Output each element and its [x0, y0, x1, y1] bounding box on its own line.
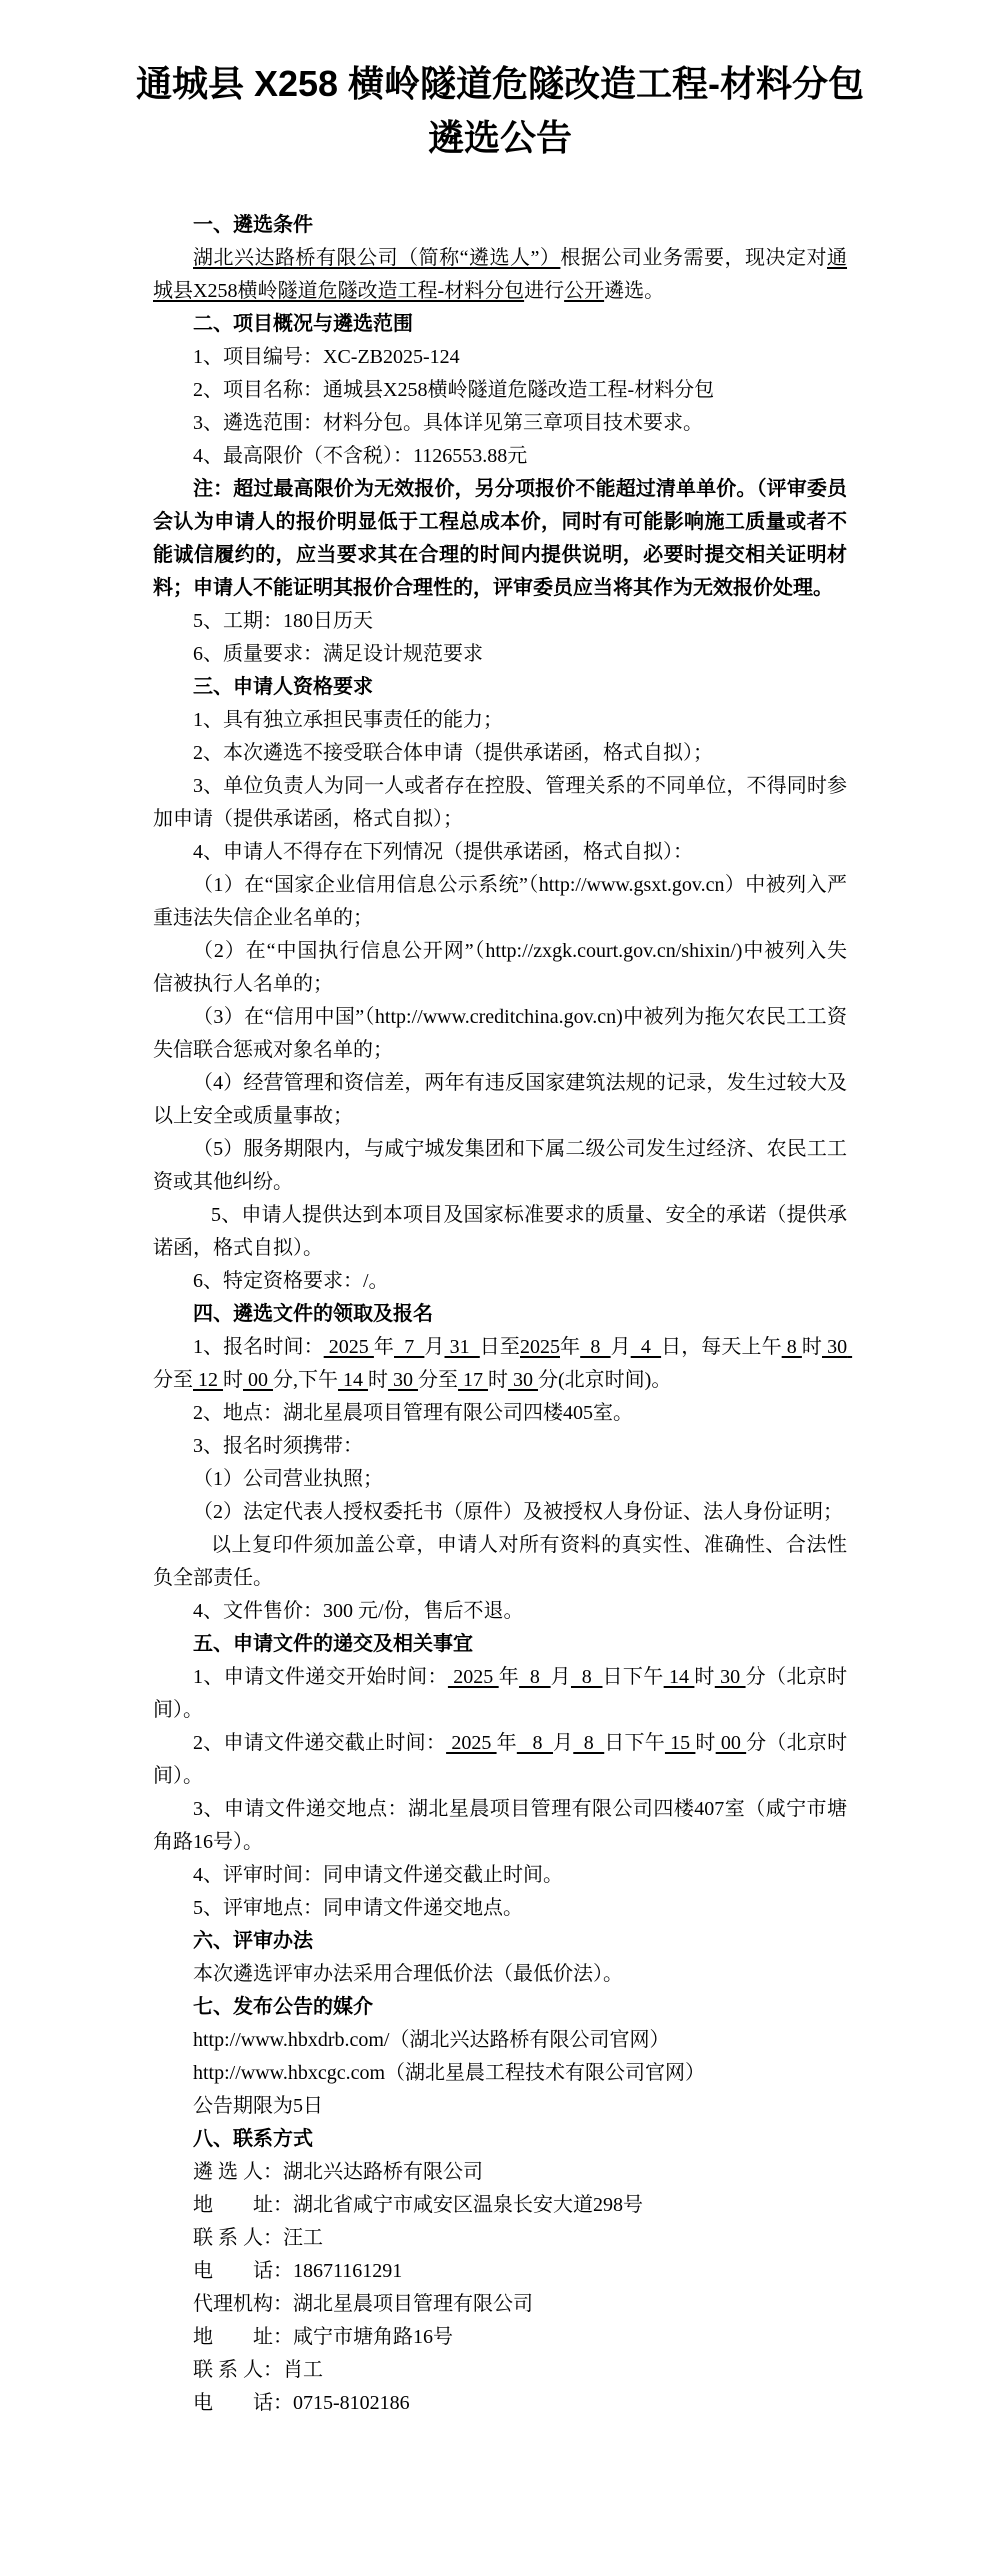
paragraph: 1、报名时间： 2025 年 7 月 31 日至2025年 8 月 4 日，每天…	[153, 1331, 847, 1397]
paragraph: 1、申请文件递交开始时间： 2025 年 8 月 8 日下午 14 时 30 分…	[153, 1661, 847, 1727]
text-run: 5、申请人提供达到本项目及国家标准要求的质量、安全的承诺（提供承诺函，格式自拟）…	[153, 1204, 847, 1259]
paragraph: 3、遴选范围：材料分包。具体详见第三章项目技术要求。	[153, 407, 847, 440]
section-heading: 四、遴选文件的领取及报名	[153, 1298, 847, 1331]
text-run: 分至	[153, 1369, 193, 1391]
paragraph: 以上复印件须加盖公章，申请人对所有资料的真实性、准确性、合法性负全部责任。	[153, 1529, 847, 1595]
text-run: 2、本次遴选不接受联合体申请（提供承诺函，格式自拟）；	[193, 742, 713, 764]
text-run: 5、评审地点：同申请文件递交地点。	[193, 1897, 523, 1919]
text-run: 3、申请文件递交地点：湖北星晨项目管理有限公司四楼407室（咸宁市塘角路16号）…	[153, 1798, 847, 1853]
text-run: 月	[551, 1666, 571, 1688]
paragraph: （1）在“国家企业信用信息公示系统”（http://www.gsxt.gov.c…	[153, 869, 847, 935]
paragraph: 公告期限为5日	[153, 2090, 847, 2123]
text-run: 月	[424, 1336, 444, 1358]
text-run: 年	[374, 1336, 394, 1358]
text-run: 注：超过最高限价为无效报价，另分项报价不能超过清单单价。（评审委员会认为申请人的…	[153, 478, 847, 599]
text-run: 2、地点：湖北星晨项目管理有限公司四楼405室。	[193, 1402, 633, 1424]
paragraph: 本次遴选评审办法采用合理低价法（最低价法）。	[153, 1958, 847, 1991]
paragraph: 电 话：18671161291	[153, 2255, 847, 2288]
text-run: 根据公司业务需要，现决定对	[560, 247, 827, 269]
text-run: 年	[497, 1732, 517, 1754]
text-run: 1、申请文件递交开始时间：	[193, 1666, 448, 1688]
paragraph: 湖北兴达路桥有限公司（简称“遴选人”）根据公司业务需要，现决定对通城县X258横…	[153, 242, 847, 308]
text-run: 3、报名时须携带：	[193, 1435, 363, 1457]
text-run: 电 话：0715-8102186	[193, 2392, 410, 2414]
paragraph: 地 址：咸宁市塘角路16号	[153, 2321, 847, 2354]
announcement-document: 通城县 X258 横岭隧道危隧改造工程-材料分包遴选公告 一、遴选条件湖北兴达路…	[0, 0, 1000, 2569]
paragraph: （2）法定代表人授权委托书（原件）及被授权人身份证、法人身份证明；	[153, 1496, 847, 1529]
text-run: 日，每天上午	[661, 1336, 782, 1358]
text-run: 5、工期：180日历天	[193, 610, 373, 632]
text-run: http://www.hbxcgc.com（湖北星晨工程技术有限公司官网）	[193, 2062, 705, 2084]
text-run: （3）在“信用中国”（http://www.creditchina.gov.cn…	[153, 1006, 847, 1061]
underlined-text-run: 17	[458, 1369, 488, 1391]
text-run: 1、具有独立承担民事责任的能力；	[193, 709, 503, 731]
paragraph: 代理机构：湖北星晨项目管理有限公司	[153, 2288, 847, 2321]
paragraph: 6、质量要求：满足设计规范要求	[153, 638, 847, 671]
text-run: 一、遴选条件	[193, 214, 313, 236]
underlined-text-run: 30	[822, 1336, 852, 1358]
underlined-text-run: 15	[665, 1732, 695, 1754]
text-run: 时	[695, 1732, 715, 1754]
paragraph: （5）服务期限内，与咸宁城发集团和下属二级公司发生过经济、农民工工资或其他纠纷。	[153, 1133, 847, 1199]
text-run: （2）在“中国执行信息公开网”（http://zxgk.court.gov.cn…	[153, 940, 847, 995]
paragraph: 1、项目编号：XC-ZB2025-124	[153, 341, 847, 374]
text-run: 代理机构：湖北星晨项目管理有限公司	[193, 2293, 533, 2315]
text-run: 分(北京时间)。	[538, 1369, 671, 1391]
text-run: 六、评审办法	[193, 1930, 313, 1952]
text-run: 八、联系方式	[193, 2128, 313, 2150]
section-heading: 一、遴选条件	[153, 209, 847, 242]
section-heading: 五、申请文件的递交及相关事宜	[153, 1628, 847, 1661]
text-run: 分至	[418, 1369, 458, 1391]
paragraph: 电 话：0715-8102186	[153, 2387, 847, 2420]
paragraph: 1、具有独立承担民事责任的能力；	[153, 704, 847, 737]
underlined-text-run: 14	[664, 1666, 695, 1688]
text-run: （1）在“国家企业信用信息公示系统”（http://www.gsxt.gov.c…	[153, 874, 847, 929]
underlined-text-run: 2025	[520, 1336, 560, 1358]
text-run: 4、最高限价（不含税）：1126553.88元	[193, 445, 527, 467]
section-heading: 八、联系方式	[153, 2123, 847, 2156]
text-run: http://www.hbxdrb.com/（湖北兴达路桥有限公司官网）	[193, 2029, 669, 2051]
underlined-text-run: 30	[508, 1369, 538, 1391]
paragraph: 2、本次遴选不接受联合体申请（提供承诺函，格式自拟）；	[153, 737, 847, 770]
text-run: 以上复印件须加盖公章，申请人对所有资料的真实性、准确性、合法性负全部责任。	[153, 1534, 847, 1589]
text-run: 遴选。	[604, 280, 664, 302]
text-run: 3、遴选范围：材料分包。具体详见第三章项目技术要求。	[193, 412, 703, 434]
paragraph: （1）公司营业执照；	[153, 1463, 847, 1496]
text-run: 五、申请文件的递交及相关事宜	[193, 1633, 473, 1655]
underlined-text-run: 31	[445, 1336, 480, 1358]
text-run: 七、发布公告的媒介	[193, 1996, 373, 2018]
underlined-text-run: 2025	[446, 1732, 496, 1754]
underlined-text-run: 00	[716, 1732, 746, 1754]
section-heading: 六、评审办法	[153, 1925, 847, 1958]
text-run: 时	[368, 1369, 388, 1391]
paragraph: 5、申请人提供达到本项目及国家标准要求的质量、安全的承诺（提供承诺函，格式自拟）…	[153, 1199, 847, 1265]
paragraph: 4、文件售价：300 元/份，售后不退。	[153, 1595, 847, 1628]
text-run: 时	[223, 1369, 243, 1391]
text-run: 进行	[524, 280, 564, 302]
text-run: 4、文件售价：300 元/份，售后不退。	[193, 1600, 524, 1622]
text-run: 三、申请人资格要求	[193, 676, 373, 698]
paragraph: 联 系 人：肖工	[153, 2354, 847, 2387]
text-run: 遴 选 人：湖北兴达路桥有限公司	[193, 2161, 483, 2183]
underlined-text-run: 12	[193, 1369, 223, 1391]
text-run: 分,下午	[273, 1369, 338, 1391]
text-run: 月	[611, 1336, 631, 1358]
paragraph: 4、最高限价（不含税）：1126553.88元	[153, 440, 847, 473]
paragraph: （2）在“中国执行信息公开网”（http://zxgk.court.gov.cn…	[153, 935, 847, 1001]
paragraph: http://www.hbxdrb.com/（湖北兴达路桥有限公司官网）	[153, 2024, 847, 2057]
text-run: 地 址：湖北省咸宁市咸安区温泉长安大道298号	[193, 2194, 643, 2216]
paragraph: 3、单位负责人为同一人或者存在控股、管理关系的不同单位，不得同时参加申请（提供承…	[153, 770, 847, 836]
section-heading: 三、申请人资格要求	[153, 671, 847, 704]
underlined-text-run: 2025	[448, 1666, 499, 1688]
paragraph: （3）在“信用中国”（http://www.creditchina.gov.cn…	[153, 1001, 847, 1067]
document-body: 一、遴选条件湖北兴达路桥有限公司（简称“遴选人”）根据公司业务需要，现决定对通城…	[153, 209, 847, 2420]
text-run: 3、单位负责人为同一人或者存在控股、管理关系的不同单位，不得同时参加申请（提供承…	[153, 775, 847, 830]
text-run: 日至	[480, 1336, 520, 1358]
paragraph: 2、申请文件递交截止时间： 2025 年 8 月 8 日下午 15 时 00 分…	[153, 1727, 847, 1793]
underlined-text-run: 湖北兴达路桥有限公司（简称“遴选人”）	[193, 247, 560, 269]
text-run: 6、特定资格要求：/。	[193, 1270, 389, 1292]
underlined-text-run: 30	[715, 1666, 746, 1688]
text-run: 日下午	[604, 1732, 665, 1754]
text-run: （1）公司营业执照；	[193, 1468, 383, 1490]
text-run: 1、项目编号：XC-ZB2025-124	[193, 346, 460, 368]
paragraph: 联 系 人：汪工	[153, 2222, 847, 2255]
text-run: 电 话：18671161291	[193, 2260, 402, 2282]
paragraph: 5、评审地点：同申请文件递交地点。	[153, 1892, 847, 1925]
text-run: 时	[694, 1666, 714, 1688]
section-heading: 七、发布公告的媒介	[153, 1991, 847, 2024]
underlined-text-run: 00	[243, 1369, 273, 1391]
underlined-text-run: 7	[394, 1336, 424, 1358]
underlined-text-run: 8	[571, 1666, 603, 1688]
paragraph: 6、特定资格要求：/。	[153, 1265, 847, 1298]
section-heading: 二、项目概况与遴选范围	[153, 308, 847, 341]
paragraph: 5、工期：180日历天	[153, 605, 847, 638]
text-run: 月	[553, 1732, 573, 1754]
text-run: 2、申请文件递交截止时间：	[193, 1732, 446, 1754]
text-run: （2）法定代表人授权委托书（原件）及被授权人身份证、法人身份证明；	[193, 1501, 843, 1523]
text-run: 1、报名时间：	[193, 1336, 324, 1358]
underlined-text-run: 2025	[324, 1336, 374, 1358]
underlined-text-run: 8	[573, 1732, 604, 1754]
paragraph: http://www.hbxcgc.com（湖北星晨工程技术有限公司官网）	[153, 2057, 847, 2090]
underlined-text-run: 公开	[564, 280, 604, 302]
underlined-text-run: 8	[580, 1336, 610, 1358]
text-run: 时	[488, 1369, 508, 1391]
paragraph: 2、地点：湖北星晨项目管理有限公司四楼405室。	[153, 1397, 847, 1430]
text-run: 日下午	[603, 1666, 664, 1688]
underlined-text-run: 30	[388, 1369, 418, 1391]
text-run: 时	[802, 1336, 822, 1358]
paragraph: 2、项目名称：通城县X258横岭隧道危隧改造工程-材料分包	[153, 374, 847, 407]
underlined-text-run: 14	[338, 1369, 368, 1391]
text-run: 公告期限为5日	[193, 2095, 323, 2117]
text-run: （4）经营管理和资信差，两年有违反国家建筑法规的记录，发生过较大及以上安全或质量…	[153, 1072, 847, 1127]
paragraph: （4）经营管理和资信差，两年有违反国家建筑法规的记录，发生过较大及以上安全或质量…	[153, 1067, 847, 1133]
underlined-text-run: 8	[782, 1336, 802, 1358]
underlined-text-run: 8	[517, 1732, 553, 1754]
text-run: 6、质量要求：满足设计规范要求	[193, 643, 483, 665]
text-run: （5）服务期限内，与咸宁城发集团和下属二级公司发生过经济、农民工工资或其他纠纷。	[153, 1138, 847, 1193]
paragraph: 注：超过最高限价为无效报价，另分项报价不能超过清单单价。（评审委员会认为申请人的…	[153, 473, 847, 605]
text-run: 本次遴选评审办法采用合理低价法（最低价法）。	[193, 1963, 623, 1985]
underlined-text-run: 4	[631, 1336, 661, 1358]
text-run: 年	[560, 1336, 580, 1358]
text-run: 联 系 人：汪工	[193, 2227, 323, 2249]
paragraph: 4、评审时间：同申请文件递交截止时间。	[153, 1859, 847, 1892]
text-run: 地 址：咸宁市塘角路16号	[193, 2326, 453, 2348]
document-title: 通城县 X258 横岭隧道危隧改造工程-材料分包遴选公告	[131, 57, 869, 165]
text-run: 二、项目概况与遴选范围	[193, 313, 413, 335]
text-run: 联 系 人：肖工	[193, 2359, 323, 2381]
paragraph: 3、申请文件递交地点：湖北星晨项目管理有限公司四楼407室（咸宁市塘角路16号）…	[153, 1793, 847, 1859]
text-run: 2、项目名称：通城县X258横岭隧道危隧改造工程-材料分包	[193, 379, 714, 401]
text-run: 4、评审时间：同申请文件递交截止时间。	[193, 1864, 563, 1886]
text-run: 4、申请人不得存在下列情况（提供承诺函，格式自拟）：	[193, 841, 693, 863]
text-run: 四、遴选文件的领取及报名	[193, 1303, 433, 1325]
underlined-text-run: 8	[519, 1666, 551, 1688]
paragraph: 4、申请人不得存在下列情况（提供承诺函，格式自拟）：	[153, 836, 847, 869]
text-run: 年	[499, 1666, 519, 1688]
paragraph: 3、报名时须携带：	[153, 1430, 847, 1463]
paragraph: 地 址：湖北省咸宁市咸安区温泉长安大道298号	[153, 2189, 847, 2222]
paragraph: 遴 选 人：湖北兴达路桥有限公司	[153, 2156, 847, 2189]
